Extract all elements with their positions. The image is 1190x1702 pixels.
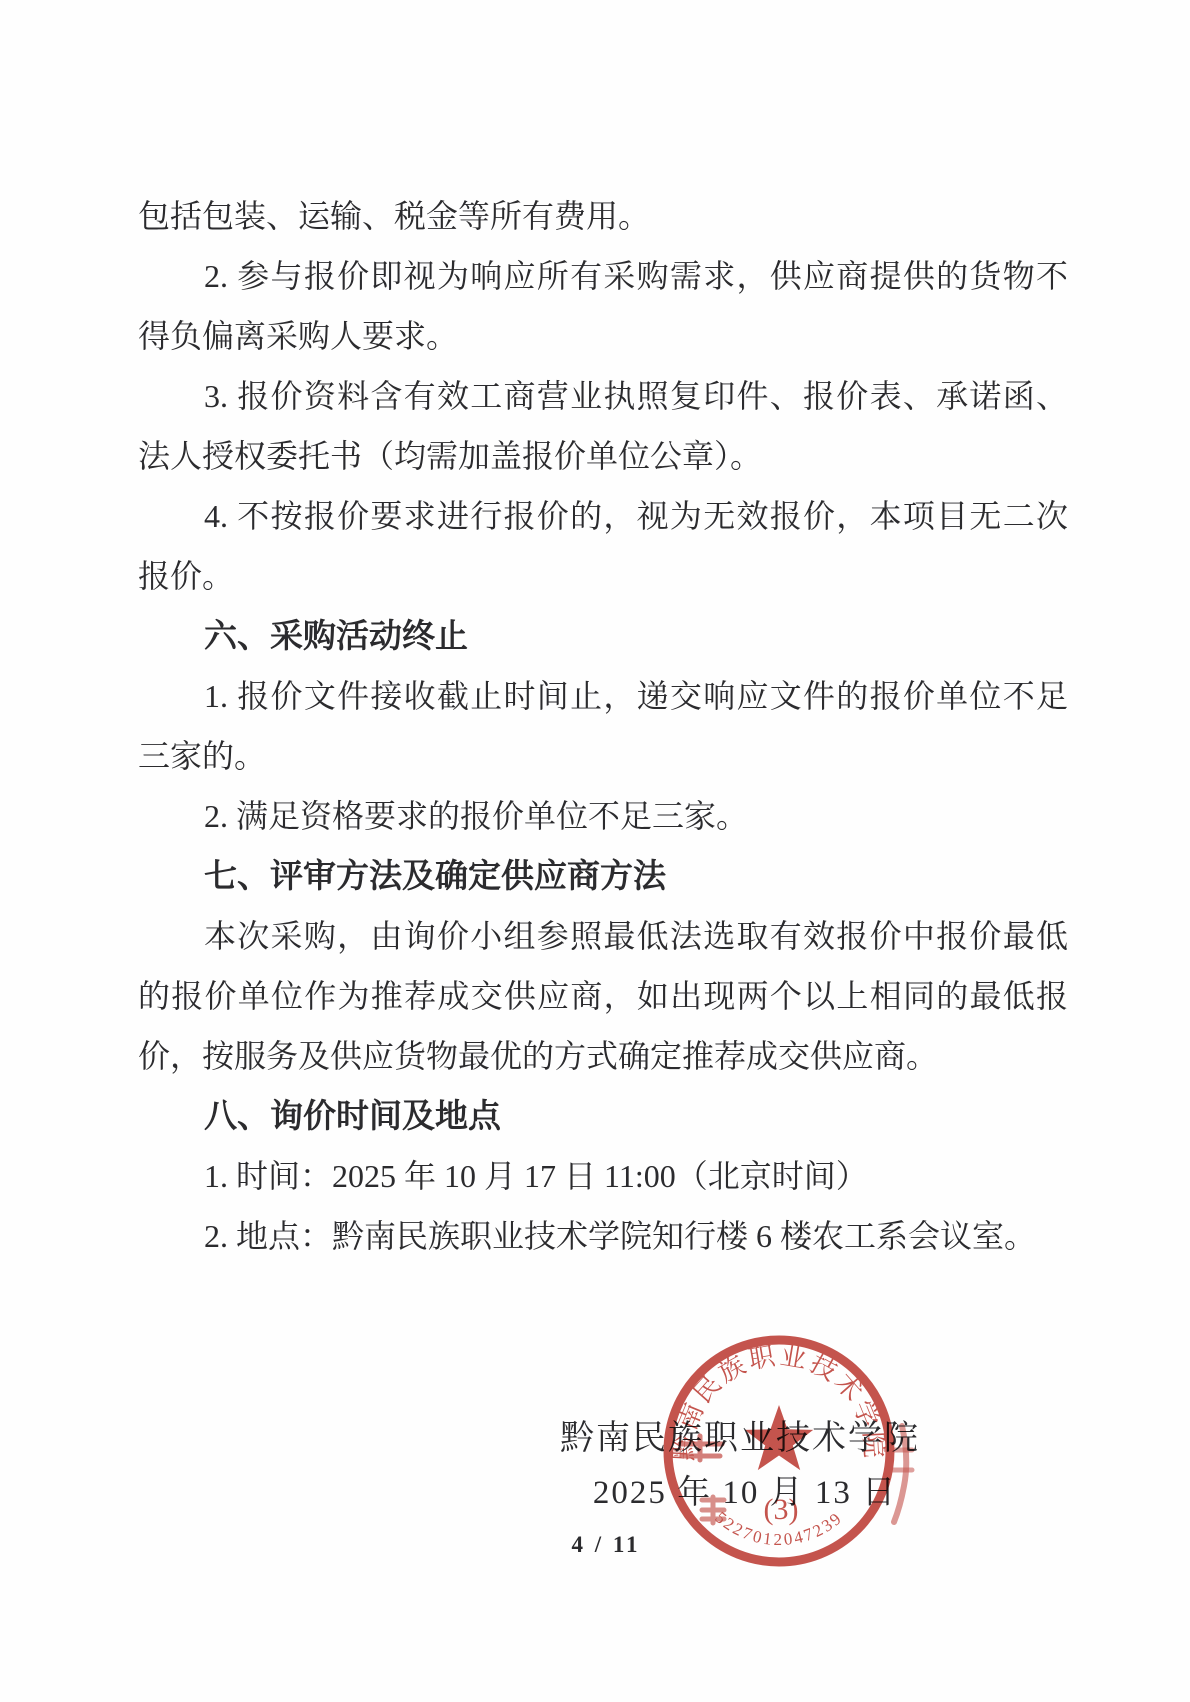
text-line: 报价。 — [138, 546, 1068, 606]
text-line: 1. 报价文件接收截止时间止，递交响应文件的报价单位不足 — [138, 666, 1068, 726]
signature-date: 2025 年 10 月 13 日 — [593, 1466, 897, 1513]
text-line: 八、询价时间及地点 — [138, 1086, 1068, 1146]
svg-text:5227012047239: 5227012047239 — [711, 1508, 846, 1549]
text-line: 2. 参与报价即视为响应所有采购需求，供应商提供的货物不 — [138, 246, 1068, 306]
text-line: 包括包装、运输、税金等所有费用。 — [138, 186, 1068, 246]
text-line: 七、评审方法及确定供应商方法 — [138, 846, 1068, 906]
text-line: 4. 不按报价要求进行报价的，视为无效报价，本项目无二次 — [138, 486, 1068, 546]
text-line: 的报价单位作为推荐成交供应商，如出现两个以上相同的最低报 — [138, 966, 1068, 1026]
text-line: 2. 地点：黔南民族职业技术学院知行楼 6 楼农工系会议室。 — [138, 1206, 1068, 1266]
text-line: 本次采购，由询价小组参照最低法选取有效报价中报价最低 — [138, 906, 1068, 966]
text-line: 三家的。 — [138, 726, 1068, 786]
text-line: 六、采购活动终止 — [138, 606, 1068, 666]
text-line: 法人授权委托书（均需加盖报价单位公章）。 — [138, 426, 1068, 486]
signature-org: 黔南民族职业技术学院 — [560, 1410, 920, 1459]
page-number: 4 / 11 — [571, 1532, 640, 1558]
text-line: 1. 时间：2025 年 10 月 17 日 11:00（北京时间） — [138, 1146, 1068, 1206]
document-body: 包括包装、运输、税金等所有费用。2. 参与报价即视为响应所有采购需求，供应商提供… — [138, 186, 1068, 1266]
seal-code: 5227012047239 — [711, 1508, 846, 1549]
text-line: 2. 满足资格要求的报价单位不足三家。 — [138, 786, 1068, 846]
text-line: 3. 报价资料含有效工商营业执照复印件、报价表、承诺函、 — [138, 366, 1068, 426]
document-page: 包括包装、运输、税金等所有费用。2. 参与报价即视为响应所有采购需求，供应商提供… — [0, 0, 1190, 1702]
text-line: 得负偏离采购人要求。 — [138, 306, 1068, 366]
text-line: 价，按服务及供应货物最优的方式确定推荐成交供应商。 — [138, 1026, 1068, 1086]
